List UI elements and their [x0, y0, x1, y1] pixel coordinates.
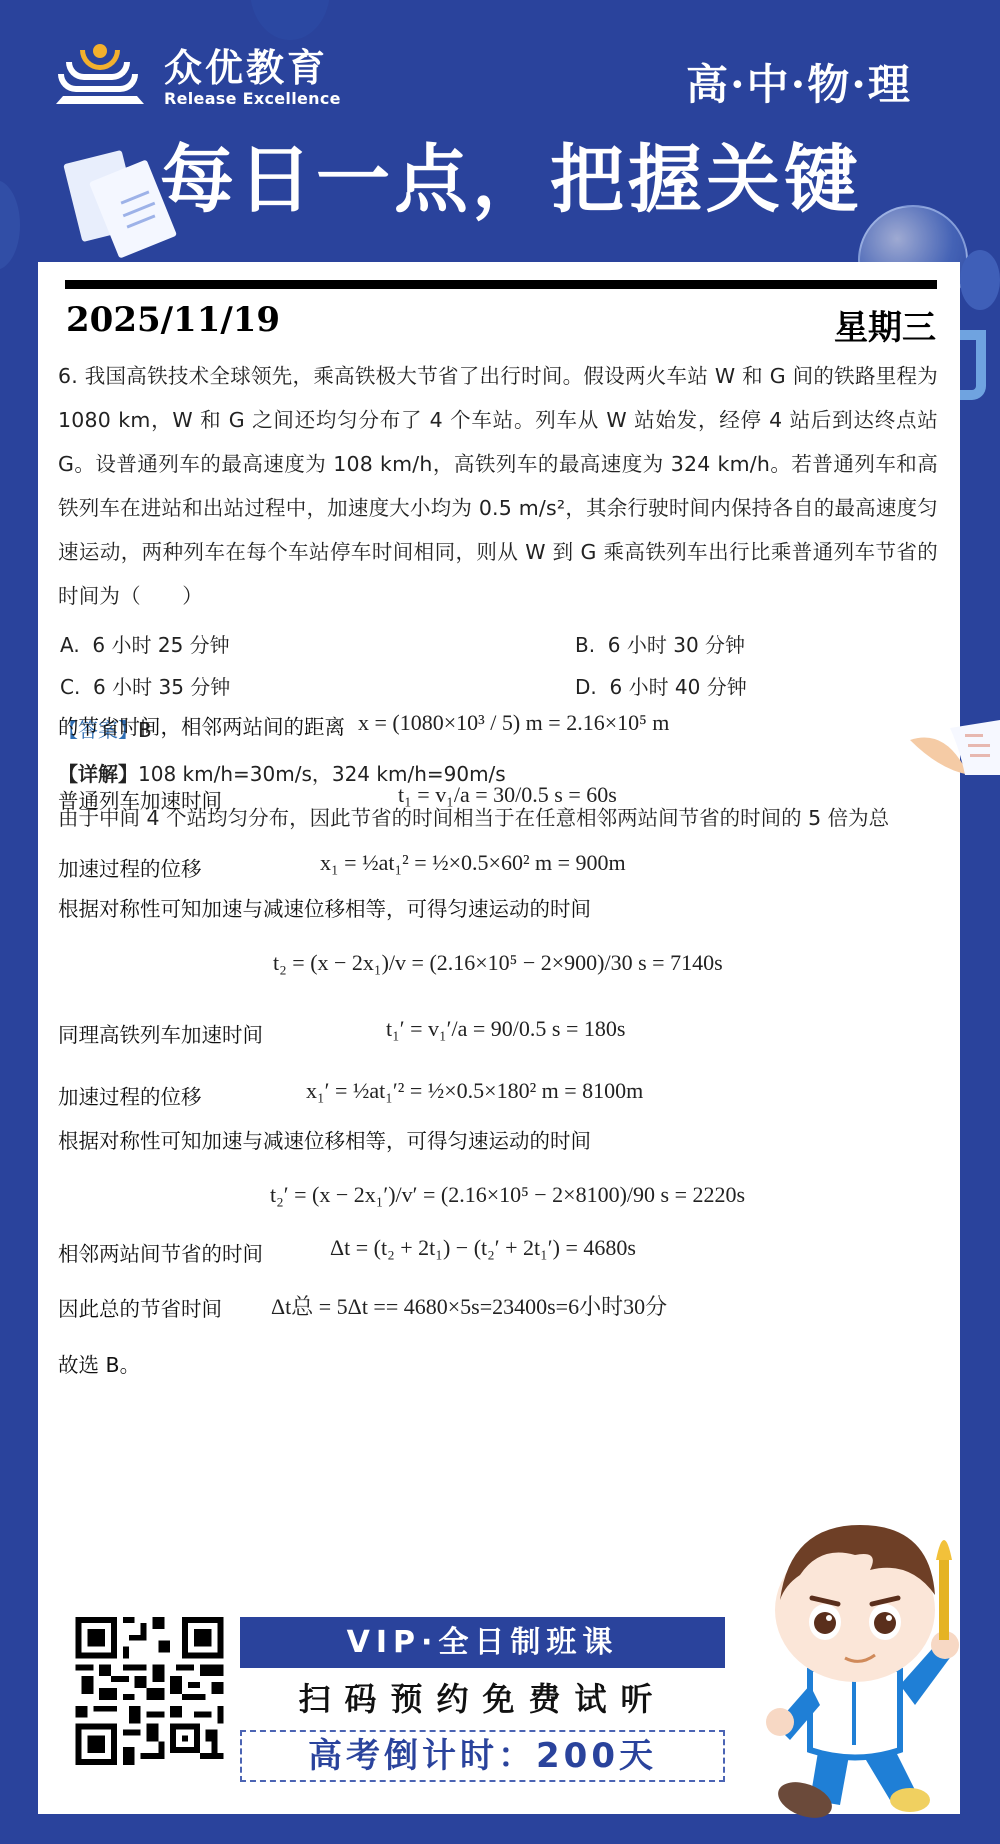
headline: 每日一点，把握关键 [160, 135, 862, 225]
explanation-label: 加速过程的位移 [58, 852, 202, 882]
divider [65, 280, 937, 289]
explanation-label: 因此总的节省时间 [58, 1292, 222, 1322]
decor-circle [0, 180, 20, 270]
date: 2025/11/19 [66, 300, 280, 340]
equation-total: Δt总 = 5Δt == 4680×5s=23400s=6小时30分 [271, 1290, 667, 1321]
equation-delta-t: Δt = (t₂ + 2t₁) − (t₂′ + 2t₁′) = 4680s [330, 1235, 636, 1261]
explanation-label: 加速过程的位移 [58, 1080, 202, 1110]
mascot-illustration [740, 1500, 970, 1830]
equation-t1-prime: t₁′ = v₁′/a = 90/0.5 s = 180s [386, 1016, 625, 1042]
explanation-label: 普通列车加速时间 [58, 784, 222, 814]
equation-x1: x₁ = ½at₁² = ½×0.5×60² m = 900m [320, 850, 626, 876]
vip-banner: VIP·全日制班课 [240, 1617, 725, 1668]
brand-name-en: Release Excellence [164, 90, 341, 108]
equation-x: x = (1080×10³ / 5) m = 2.16×10⁵ m [358, 710, 669, 736]
decor-bubble [250, 0, 330, 40]
equation-t2: t₂ = (x − 2x₁)/v = (2.16×10⁵ − 2×900)/30… [273, 950, 723, 976]
brand-name-cn: 众优教育 [164, 46, 341, 90]
equation-t1: t₁ = v₁/a = 30/0.5 s = 60s [398, 782, 617, 808]
equation-x1-prime: x₁′ = ½at₁′² = ½×0.5×180² m = 8100m [306, 1078, 643, 1104]
logo-icon [56, 44, 146, 110]
explanation-text: 根据对称性可知加速与减速位移相等，可得匀速运动的时间 [58, 1124, 591, 1154]
subject-title: 高·中·物·理 [686, 52, 912, 112]
equation-t2-prime: t₂′ = (x − 2x₁′)/v′ = (2.16×10⁵ − 2×8100… [270, 1182, 745, 1208]
option-a: A. 6 小时 25 分钟 [58, 624, 573, 666]
exam-countdown: 高考倒计时：200天 [240, 1730, 725, 1782]
explanation-label: 的节省时间，相邻两站间的距离 [58, 710, 345, 740]
explanation-text: 根据对称性可知加速与减速位移相等，可得匀速运动的时间 [58, 892, 591, 922]
magnet-icon [960, 330, 986, 400]
option-b: B. 6 小时 30 分钟 [573, 624, 938, 666]
conclusion: 故选 B。 [58, 1348, 140, 1378]
option-c: C. 6 小时 35 分钟 [58, 666, 573, 708]
scan-prompt: 扫码预约免费试听 [240, 1672, 725, 1726]
brand-logo: 众优教育 Release Excellence [56, 44, 341, 110]
explanation-label: 相邻两站间节省的时间 [58, 1237, 263, 1267]
qr-code[interactable] [73, 1617, 226, 1765]
paper-icon [910, 720, 1000, 780]
option-d: D. 6 小时 40 分钟 [573, 666, 938, 708]
explanation-label: 同理高铁列车加速时间 [58, 1018, 263, 1048]
gear-icon [960, 250, 1000, 310]
question-text: 6. 我国高铁技术全球领先，乘高铁极大节省了出行时间。假设两火车站 W 和 G … [58, 354, 938, 618]
options-list: A. 6 小时 25 分钟 B. 6 小时 30 分钟 C. 6 小时 35 分… [58, 624, 938, 708]
weekday: 星期三 [834, 300, 936, 349]
